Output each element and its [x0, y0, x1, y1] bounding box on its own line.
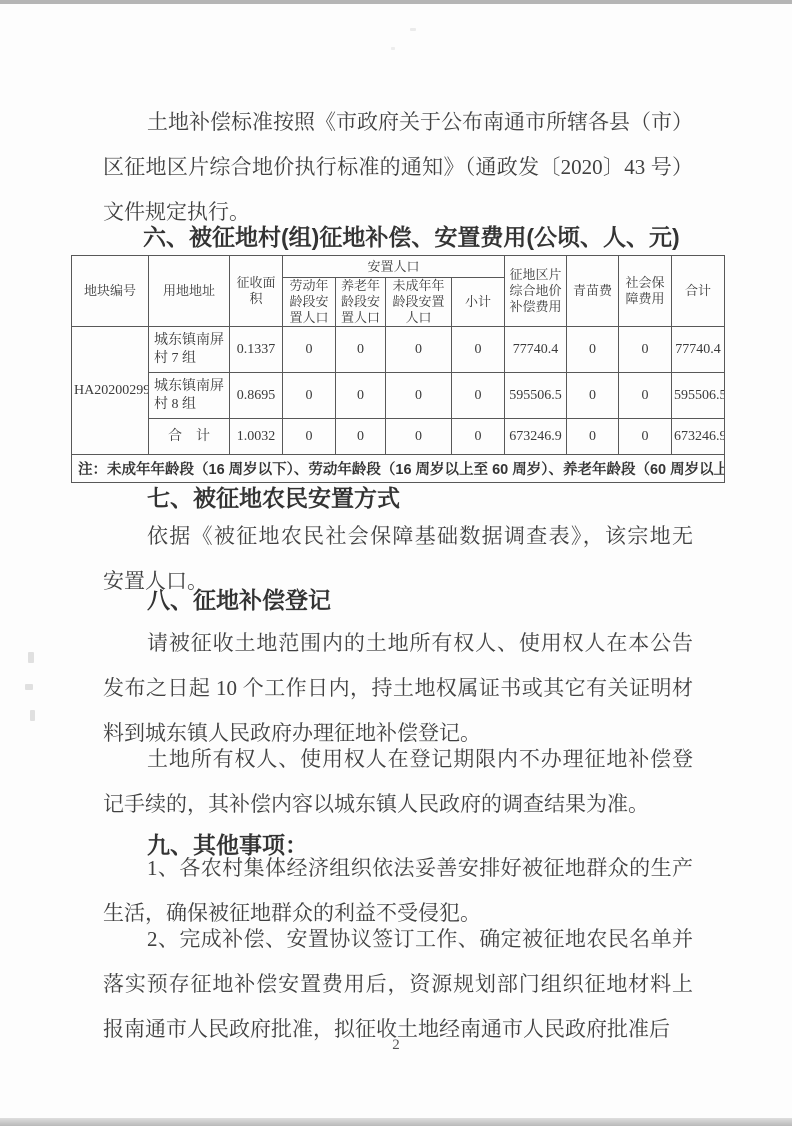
col-header-area: 征收面积 — [230, 256, 283, 327]
table-row-total: 合 计 1.0032 0 0 0 0 673246.9 0 0 673246.9 — [72, 419, 725, 455]
plot-code-cell: HA20200299 — [72, 327, 149, 455]
retired-cell: 0 — [336, 327, 386, 373]
col-header-subtotal: 小计 — [452, 278, 505, 327]
area-cell: 1.0032 — [230, 419, 283, 455]
scan-artifact — [391, 47, 395, 50]
col-header-regional-price: 征地区片综合地价补偿费用 — [505, 256, 567, 327]
compensation-table: 地块编号 用地地址 征收面积 安置人口 征地区片综合地价补偿费用 青苗费 社会保… — [71, 255, 725, 483]
total-cell: 77740.4 — [672, 327, 725, 373]
paragraph-line: 1、各农村集体经济组织依法妥善安排好被征地群众的生产 — [103, 846, 693, 891]
scan-artifact — [25, 684, 33, 690]
col-header-total: 合计 — [672, 256, 725, 327]
col-header-seedling-fee: 青苗费 — [567, 256, 619, 327]
working-cell: 0 — [283, 327, 336, 373]
col-header-minor-age: 未成年年龄段安置人口 — [386, 278, 452, 327]
intro-line: 区征地区片综合地价执行标准的通知》（通政发〔2020〕43 号） — [103, 145, 693, 190]
paragraph-line: 落实预存征地补偿安置费用后，资源规划部门组织征地材料上 — [103, 962, 693, 1007]
address-cell: 城东镇南屏村 8 组 — [149, 373, 230, 419]
col-header-working-age: 劳动年龄段安置人口 — [283, 278, 336, 327]
section-six-title: 六、被征地村(组)征地补偿、安置费用(公顷、人、元) — [103, 222, 743, 252]
seedling-cell: 0 — [567, 419, 619, 455]
col-header-resettle-group: 安置人口 — [283, 256, 505, 278]
paragraph-line: 记手续的，其补偿内容以城东镇人民政府的调查结果为准。 — [103, 782, 693, 827]
regional-cell: 77740.4 — [505, 327, 567, 373]
scanned-document-page: { "page": { "number": "2" }, "intro": { … — [0, 0, 792, 1126]
paragraph-line: 请被征收土地范围内的土地所有权人、使用权人在本公告 — [103, 621, 693, 666]
social-cell: 0 — [619, 373, 672, 419]
scan-edge-bottom — [0, 1118, 792, 1126]
seedling-cell: 0 — [567, 327, 619, 373]
table-row: HA20200299 城东镇南屏村 7 组 0.1337 0 0 0 0 777… — [72, 327, 725, 373]
area-cell: 0.1337 — [230, 327, 283, 373]
col-header-land-address: 用地地址 — [149, 256, 230, 327]
paragraph-line: 发布之日起 10 个工作日内，持土地权属证书或其它有关证明材 — [103, 666, 693, 711]
subtotal-cell: 0 — [452, 327, 505, 373]
regional-cell: 673246.9 — [505, 419, 567, 455]
scan-artifact — [30, 710, 35, 721]
subtotal-cell: 0 — [452, 373, 505, 419]
intro-line: 土地补偿标准按照《市政府关于公布南通市所辖各县（市） — [103, 100, 693, 145]
retired-cell: 0 — [336, 373, 386, 419]
minor-cell: 0 — [386, 419, 452, 455]
scan-edge-top — [0, 0, 792, 4]
address-cell: 城东镇南屏村 7 组 — [149, 327, 230, 373]
address-cell: 合 计 — [149, 419, 230, 455]
intro-paragraph: 土地补偿标准按照《市政府关于公布南通市所辖各县（市） 区征地区片综合地价执行标准… — [103, 100, 693, 235]
working-cell: 0 — [283, 419, 336, 455]
scan-artifact — [28, 652, 34, 663]
minor-cell: 0 — [386, 373, 452, 419]
social-cell: 0 — [619, 419, 672, 455]
table-note: 注：未成年年龄段（16 周岁以下）、劳动年龄段（16 周岁以上至 60 周岁）、… — [72, 455, 725, 483]
scan-artifact — [410, 28, 416, 31]
col-header-retired-age: 养老年龄段安置人口 — [336, 278, 386, 327]
table-row: 城东镇南屏村 8 组 0.8695 0 0 0 0 595506.5 0 0 5… — [72, 373, 725, 419]
working-cell: 0 — [283, 373, 336, 419]
area-cell: 0.8695 — [230, 373, 283, 419]
section-seven-title: 七、被征地农民安置方式 — [103, 483, 743, 513]
paragraph-line: 土地所有权人、使用权人在登记期限内不办理征地补偿登 — [103, 737, 693, 782]
page-number: 2 — [0, 1037, 792, 1054]
total-cell: 673246.9 — [672, 419, 725, 455]
total-cell: 595506.5 — [672, 373, 725, 419]
section-eight-paragraph-2: 土地所有权人、使用权人在登记期限内不办理征地补偿登 记手续的，其补偿内容以城东镇… — [103, 737, 693, 827]
col-header-plot-code: 地块编号 — [72, 256, 149, 327]
paragraph-line: 依据《被征地农民社会保障基础数据调查表》，该宗地无 — [103, 514, 693, 559]
section-eight-paragraph-1: 请被征收土地范围内的土地所有权人、使用权人在本公告 发布之日起 10 个工作日内… — [103, 621, 693, 756]
seedling-cell: 0 — [567, 373, 619, 419]
subtotal-cell: 0 — [452, 419, 505, 455]
col-header-social-security: 社会保障费用 — [619, 256, 672, 327]
paragraph-line: 2、完成补偿、安置协议签订工作、确定被征地农民名单并 — [103, 917, 693, 962]
section-nine-paragraph-2: 2、完成补偿、安置协议签订工作、确定被征地农民名单并 落实预存征地补偿安置费用后… — [103, 917, 693, 1052]
retired-cell: 0 — [336, 419, 386, 455]
social-cell: 0 — [619, 327, 672, 373]
table-note-row: 注：未成年年龄段（16 周岁以下）、劳动年龄段（16 周岁以上至 60 周岁）、… — [72, 455, 725, 483]
section-eight-title: 八、征地补偿登记 — [103, 585, 743, 615]
minor-cell: 0 — [386, 327, 452, 373]
regional-cell: 595506.5 — [505, 373, 567, 419]
